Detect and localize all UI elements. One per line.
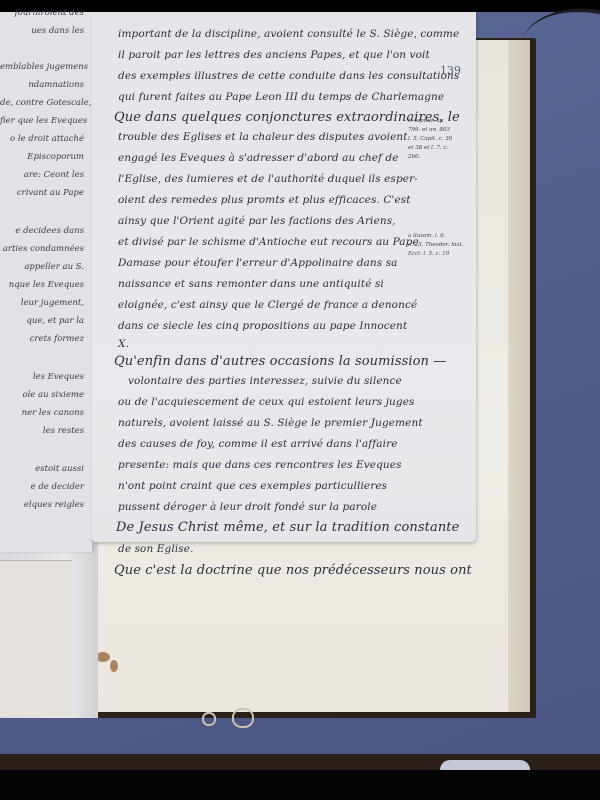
- text-line: l'Eglise, des lumieres et de l'authorité…: [118, 173, 418, 185]
- text-line: des causes de foy, comme il est arrivé d…: [118, 438, 398, 450]
- text-line: De Jesus Christ même, et sur la traditio…: [116, 520, 459, 535]
- text-line: Damase pour étoufer l'erreur d'Appolinai…: [118, 257, 398, 269]
- text-line: naturels, avoient laissé au S. Siège le …: [118, 417, 423, 429]
- left-line: ole au sixieme: [0, 390, 92, 400]
- text-line: important de la discipline, avoient cons…: [118, 28, 459, 40]
- left-line: leur jugement,: [0, 298, 92, 308]
- left-line: elques reigles: [0, 500, 92, 510]
- paragraph-start: Qu'enfin dans d'autres occasions la soum…: [114, 354, 446, 369]
- text-line: n'ont point craint que ces exemples part…: [118, 480, 387, 492]
- photo-scene: fourniroient des ues dans les emblables …: [0, 0, 600, 800]
- left-line: arties condamnées: [0, 244, 92, 254]
- left-line: fourniroient des: [0, 8, 92, 18]
- margin-note: t. capitul. an 799. et an. 803 l. 5. Cap…: [408, 117, 452, 162]
- text-line: dans ce siecle les cinq propositions au …: [118, 320, 407, 332]
- left-line: estoit aussi: [0, 464, 92, 474]
- text-line: et divisé par le schisme d'Antioche eut …: [118, 236, 419, 248]
- bottom-black-bar: [0, 770, 600, 800]
- water-stain: [202, 712, 216, 726]
- left-page-flap: [0, 560, 72, 716]
- left-line: crivant au Pape: [0, 188, 92, 198]
- left-line: les Eveques: [0, 372, 92, 382]
- left-inserted-sheet: fourniroient des ues dans les emblables …: [0, 12, 92, 552]
- stain: [96, 652, 110, 662]
- text-line: trouble des Eglises et la chaleur des di…: [118, 131, 408, 143]
- text-line: pussent déroger à leur droit fondé sur l…: [118, 501, 377, 513]
- margin-note-line: 799. et an. 803: [408, 126, 452, 135]
- left-line: les restes: [0, 426, 92, 436]
- text-line: il paroit par les lettres des anciens Pa…: [118, 49, 430, 61]
- text-line: ainsy que l'Orient agité par les faction…: [118, 215, 396, 227]
- text-line: ou de l'acquiescement de ceux qui estoie…: [118, 396, 415, 408]
- left-line: o le droit attaché: [0, 134, 92, 144]
- left-line: Episcoporum: [0, 152, 92, 162]
- left-line: are: Ceont les: [0, 170, 92, 180]
- left-line: que, et par la: [0, 316, 92, 326]
- left-line: e de decider: [0, 482, 92, 492]
- margin-note-line: a Sozom. l. 6.: [408, 232, 463, 241]
- text-line: engagé les Eveques à s'adresser d'abord …: [118, 152, 399, 164]
- left-line: appeller au S.: [0, 262, 92, 272]
- margin-note-line: 260.: [408, 153, 452, 162]
- left-line: e decidees dans: [0, 226, 92, 236]
- left-line: fier que les Eveques: [0, 116, 92, 126]
- margin-note-line: t. capitul. an: [408, 117, 452, 126]
- text-line: qui furent faites au Pape Leon III du te…: [118, 91, 444, 103]
- left-line: nque les Eveques: [0, 280, 92, 290]
- water-stain: [232, 708, 254, 728]
- text-line: naissance et sans remonter dans une anti…: [118, 278, 384, 290]
- left-line: emblables jugemens: [0, 62, 92, 72]
- left-line: de, contre Gotescale,: [0, 98, 92, 108]
- stain: [110, 660, 118, 672]
- margin-note: a Sozom. l. 6. c. 25. Theodor. hist. Ecc…: [408, 232, 463, 259]
- paragraph-start: Que c'est la doctrine que nos prédécesse…: [114, 563, 472, 578]
- text-line: oient des remedes plus promts et plus ef…: [118, 194, 411, 206]
- text-line: de son Eglise.: [118, 543, 194, 555]
- margin-note-line: et 38 et l. 7. c.: [408, 144, 452, 153]
- text-line: presente: mais que dans ces rencontres l…: [118, 459, 402, 471]
- text-line: des exemples illustres de cette conduite…: [118, 70, 459, 82]
- margin-note-line: Eccl. l. 5. c. 10: [408, 250, 463, 259]
- left-line: ner les canons: [0, 408, 92, 418]
- left-line: ues dans les: [0, 26, 92, 36]
- text-line: X.: [118, 338, 129, 350]
- margin-note-line: l. 5. Capit. c. 36: [408, 135, 452, 144]
- text-line: eloignée, c'est ainsy que le Clergé de f…: [118, 299, 417, 311]
- margin-note-line: c. 25. Theodor. hist.: [408, 241, 463, 250]
- left-line: ndamnations: [0, 80, 92, 90]
- text-line: volontaire des parties interessez, suivi…: [128, 375, 402, 387]
- left-line: crets formez: [0, 334, 92, 344]
- page-edge: [508, 40, 530, 712]
